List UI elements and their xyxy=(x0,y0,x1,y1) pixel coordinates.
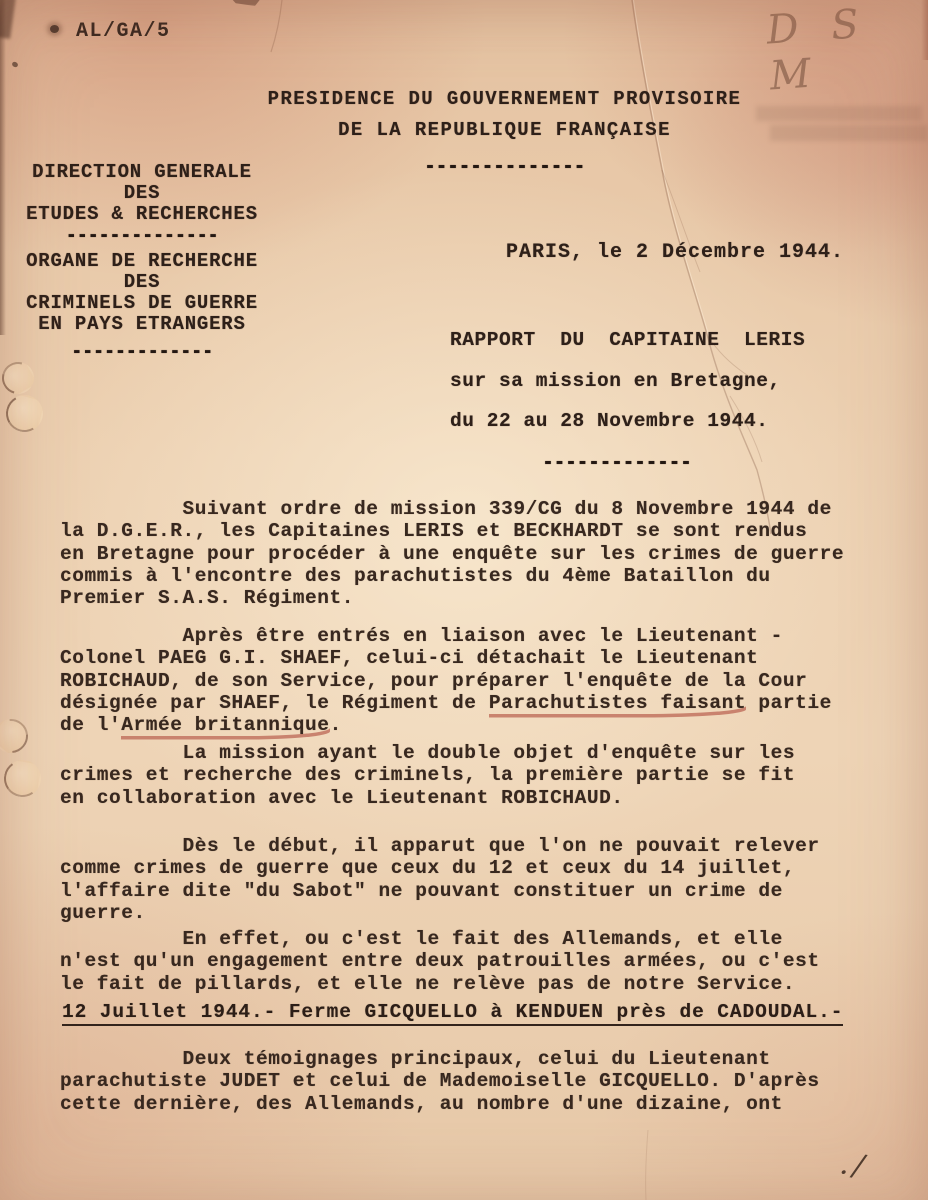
line-text: . xyxy=(330,714,342,736)
paragraph-line: Premier S.A.S. Régiment. xyxy=(60,587,844,609)
separator-dashes: ------------- xyxy=(542,438,820,489)
section-heading: 12 Juillet 1944.- Ferme GICQUELLO à KEND… xyxy=(62,1001,843,1026)
paragraph-3: La mission ayant le double objet d'enquê… xyxy=(60,742,795,809)
handwritten-check-mark: ./ xyxy=(838,1146,870,1185)
paper-tear-mark xyxy=(230,0,262,6)
report-title-line2: sur sa mission en Bretagne, xyxy=(450,361,820,402)
paragraph-line: en collaboration avec le Lieutenant ROBI… xyxy=(60,787,795,809)
paragraph-line: Dès le début, il apparut que l'on ne pou… xyxy=(60,835,820,857)
paragraph-line: guerre. xyxy=(60,902,820,924)
org-line: DIRECTION GENERALE xyxy=(26,162,258,183)
punch-hole xyxy=(0,712,35,760)
document-page: AL/GA/5 D S M PRESIDENCE DU GOUVERNEMENT… xyxy=(0,0,928,1200)
paragraph-2: Après être entrés en liaison avec le Lie… xyxy=(60,625,832,736)
ink-bleedthrough xyxy=(756,106,922,121)
line-text: désignée par SHAEF, le Régiment de xyxy=(60,692,489,714)
paragraph-line: comme crimes de guerre que ceux du 12 et… xyxy=(60,857,820,879)
section-heading-row: 12 Juillet 1944.- Ferme GICQUELLO à KEND… xyxy=(62,1001,843,1023)
paragraph-line: la D.G.E.R., les Capitaines LERIS et BEC… xyxy=(60,520,844,542)
org-line: ORGANE DE RECHERCHE xyxy=(26,251,258,272)
reference-number: AL/GA/5 xyxy=(76,20,171,43)
paragraph-line: Après être entrés en liaison avec le Lie… xyxy=(60,625,832,647)
paragraph-line: Suivant ordre de mission 339/CG du 8 Nov… xyxy=(60,498,844,520)
punch-hole xyxy=(2,391,47,436)
paragraph-line: l'affaire dite "du Sabot" ne pouvant con… xyxy=(60,880,820,902)
org-line: CRIMINELS DE GUERRE xyxy=(26,293,258,314)
paragraph-line: La mission ayant le double objet d'enquê… xyxy=(60,742,795,764)
dateline: PARIS, le 2 Décembre 1944. xyxy=(506,241,844,264)
paragraph-5: En effet, ou c'est le fait des Allemands… xyxy=(60,928,820,995)
paragraph-line: n'est qu'un engagement entre deux patrou… xyxy=(60,950,820,972)
paragraph-line: le fait de pillards, et elle ne relève p… xyxy=(60,973,820,995)
letterhead: PRESIDENCE DU GOUVERNEMENT PROVISOIRE DE… xyxy=(232,84,777,183)
org-line: DES xyxy=(26,272,258,293)
line-text: de l' xyxy=(60,714,121,736)
paragraph-line: parachutiste JUDET et celui de Mademoise… xyxy=(60,1070,820,1092)
paragraph-1: Suivant ordre de mission 339/CG du 8 Nov… xyxy=(60,498,844,609)
paragraph-line: cette dernière, des Allemands, au nombre… xyxy=(60,1093,820,1115)
paragraph-line: Colonel PAEG G.I. SHAEF, celui-ci détach… xyxy=(60,647,832,669)
paragraph-line: crimes et recherche des criminels, la pr… xyxy=(60,764,795,786)
report-title-block: RAPPORT DU CAPITAINE LERIS sur sa missio… xyxy=(450,320,820,484)
letterhead-line2: DE LA REPUBLIQUE FRANÇAISE xyxy=(232,115,777,146)
paragraph-line: de l'Armée britannique. xyxy=(60,714,832,736)
paragraph-4: Dès le début, il apparut que l'on ne pou… xyxy=(60,835,820,924)
ink-speck xyxy=(11,61,19,68)
org-line: EN PAYS ETRANGERS xyxy=(26,314,258,335)
paragraph-6: Deux témoignages principaux, celui du Li… xyxy=(60,1048,820,1115)
paragraph-line: Deux témoignages principaux, celui du Li… xyxy=(60,1048,820,1070)
red-underlined-text: Armée britannique xyxy=(121,714,329,736)
paragraph-line: ROBICHAUD, de son Service, pour préparer… xyxy=(60,670,832,692)
staple-mark xyxy=(50,25,59,33)
ink-bleedthrough xyxy=(770,125,928,141)
red-underlined-text: Parachutistes faisant xyxy=(489,692,746,714)
separator-dashes: -------------- xyxy=(26,224,258,250)
paragraph-line: en Bretagne pour procéder à une enquête … xyxy=(60,543,844,565)
org-line: DES xyxy=(26,183,258,204)
report-title-line3: du 22 au 28 Novembre 1944. xyxy=(450,401,820,442)
paragraph-line: commis à l'encontre des parachutistes du… xyxy=(60,565,844,587)
separator-dashes: -------------- xyxy=(232,148,777,187)
organization-block: DIRECTION GENERALE DES ETUDES & RECHERCH… xyxy=(26,162,258,363)
paragraph-line: En effet, ou c'est le fait des Allemands… xyxy=(60,928,820,950)
report-title-line1: RAPPORT DU CAPITAINE LERIS xyxy=(450,320,820,361)
separator-dashes: ------------- xyxy=(26,340,258,366)
punch-hole xyxy=(1,757,44,800)
letterhead-line1: PRESIDENCE DU GOUVERNEMENT PROVISOIRE xyxy=(232,84,777,115)
line-text: partie xyxy=(746,692,832,714)
handwritten-initials: D S M xyxy=(765,0,928,99)
scan-edge-shadow xyxy=(0,0,6,335)
corner-mark xyxy=(0,0,16,39)
paragraph-line: désignée par SHAEF, le Régiment de Parac… xyxy=(60,692,832,714)
